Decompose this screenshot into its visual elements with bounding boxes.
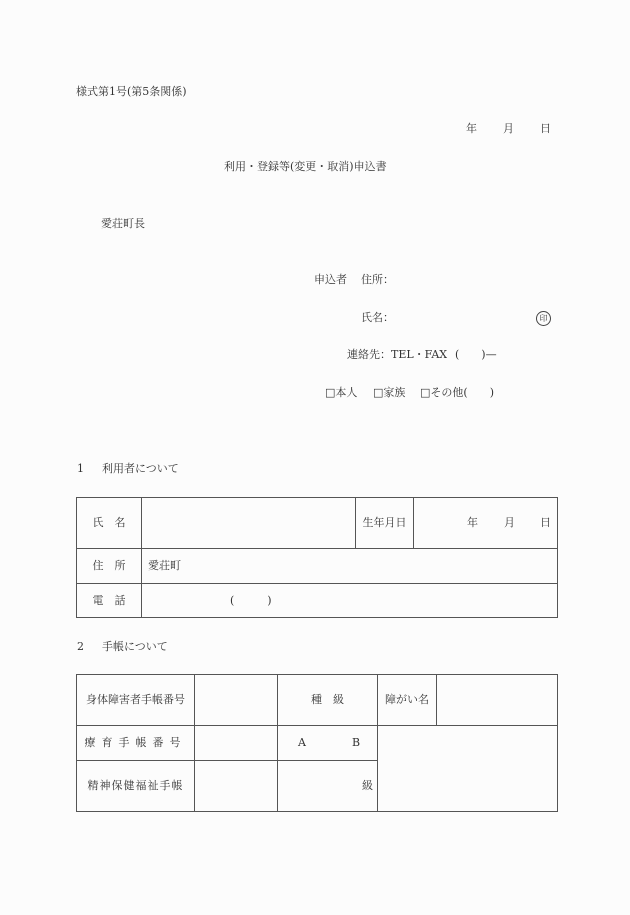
relation-option-other[interactable]: □その他( ) bbox=[420, 386, 494, 400]
phone-label: 電 話 bbox=[77, 584, 142, 618]
section2-title: 手帳について bbox=[102, 640, 168, 653]
birth-month-label: 月 bbox=[504, 516, 515, 530]
user-name-field[interactable] bbox=[142, 498, 356, 549]
section2-number: 2 bbox=[77, 640, 84, 653]
section1-heading: 1利用者について bbox=[77, 462, 179, 476]
user-address-field[interactable]: 愛荘町 bbox=[142, 549, 558, 584]
birthdate-field[interactable]: 年 月 日 bbox=[414, 498, 558, 549]
section1-title: 利用者について bbox=[102, 462, 179, 475]
relation-option-family[interactable]: □家族 bbox=[373, 386, 405, 400]
disability-name-field[interactable] bbox=[437, 675, 558, 726]
birth-year-label: 年 bbox=[467, 516, 478, 530]
ryoiku-number-field[interactable] bbox=[195, 726, 278, 761]
notebook-info-table: 身体障害者手帳番号 種 級 障がい名 療育手帳番号 A B 精神保健福祉手帳 級 bbox=[76, 674, 558, 812]
applicant-contact-label: 連絡先：TEL・FAX bbox=[347, 348, 447, 362]
birth-day-label: 日 bbox=[540, 516, 551, 530]
checkbox-icon[interactable]: □ bbox=[373, 386, 383, 399]
applicant-address-field[interactable] bbox=[395, 273, 545, 287]
applicant-address-label: 住所： bbox=[361, 273, 394, 287]
grade-label: 種 級 bbox=[278, 675, 378, 726]
section1-number: 1 bbox=[77, 462, 84, 475]
applicant-contact-field[interactable]: ( )— bbox=[455, 348, 497, 362]
checkbox-icon[interactable]: □ bbox=[325, 386, 335, 399]
document-title: 利用・登録等(変更・取消)申込書 bbox=[224, 160, 387, 174]
checkbox-icon[interactable]: □ bbox=[420, 386, 430, 399]
applicant-name-field[interactable] bbox=[395, 311, 525, 325]
relation-option-self[interactable]: □本人 bbox=[325, 386, 357, 400]
ryoiku-label: 療育手帳番号 bbox=[77, 726, 195, 761]
grade-a-option[interactable]: A bbox=[298, 736, 306, 750]
name-label: 氏 名 bbox=[77, 498, 142, 549]
disability-name-label: 障がい名 bbox=[378, 675, 437, 726]
user-info-table: 氏 名 生年月日 年 月 日 住 所 愛荘町 電 話 ( ) bbox=[76, 497, 558, 618]
mental-health-number-field[interactable] bbox=[195, 761, 278, 812]
mental-health-label: 精神保健福祉手帳 bbox=[77, 761, 195, 812]
mental-health-grade-field[interactable]: 級 bbox=[278, 761, 378, 812]
section2-heading: 2手帳について bbox=[77, 640, 168, 654]
date-year-label: 年 bbox=[466, 122, 477, 136]
date-month-label: 月 bbox=[503, 122, 514, 136]
birthdate-label: 生年月日 bbox=[356, 498, 414, 549]
applicant-name-label: 氏名： bbox=[361, 311, 394, 325]
applicant-label: 申込者 bbox=[314, 273, 347, 287]
physical-disability-label: 身体障害者手帳番号 bbox=[77, 675, 195, 726]
addressee: 愛荘町長 bbox=[101, 217, 145, 231]
grade-b-option[interactable]: B bbox=[352, 736, 360, 750]
ryoiku-grade-field[interactable]: A B bbox=[278, 726, 378, 761]
form-number: 様式第1号(第5条関係) bbox=[76, 85, 187, 99]
address-label: 住 所 bbox=[77, 549, 142, 584]
blank-cell bbox=[378, 726, 558, 812]
physical-disability-number-field[interactable] bbox=[195, 675, 278, 726]
seal-icon: 印 bbox=[536, 311, 551, 326]
user-phone-field[interactable]: ( ) bbox=[142, 584, 558, 618]
date-day-label: 日 bbox=[540, 122, 551, 136]
